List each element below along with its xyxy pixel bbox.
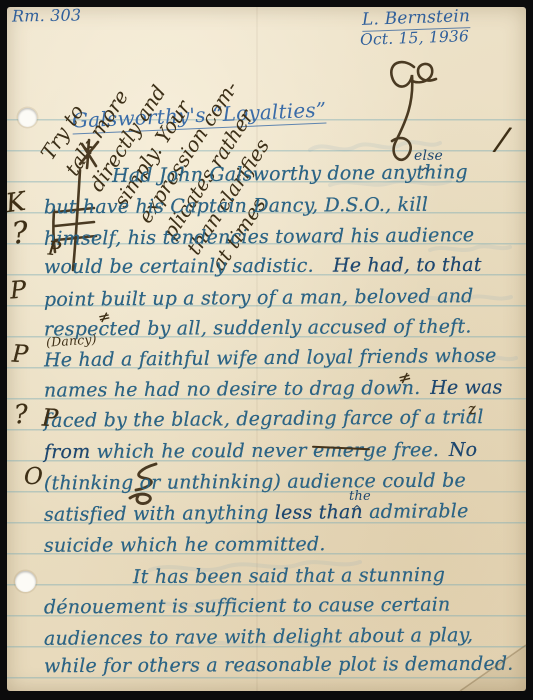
margin-mark: P (9, 275, 27, 304)
manuscript-photo: Rm. 303 L. Bernstein Oct. 15, 1936 Galsw… (0, 0, 533, 700)
margin-mark: ? (13, 400, 29, 431)
margin-mark: ? (10, 215, 30, 252)
corner-fold (0, 0, 533, 700)
margin-mark: P (11, 340, 29, 369)
margin-mark: P (41, 404, 59, 433)
margin-mark: K (4, 187, 28, 219)
margin-mark: O (24, 464, 43, 490)
margin-mark: P (47, 237, 62, 260)
